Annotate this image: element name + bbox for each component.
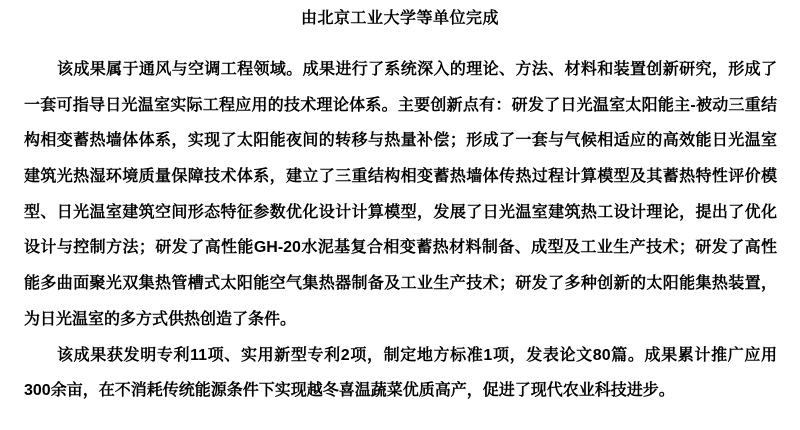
document-page: 由北京工业大学等单位完成 该成果属于通风与空调工程领域。成果进行了系统深入的理论… — [0, 0, 800, 430]
paragraph-1-line-8: 为日光温室的多方式供热创造了条件。 — [24, 302, 777, 338]
document-title: 由北京工业大学等单位完成 — [0, 0, 800, 29]
paragraph-2-line-2: 300余亩，在不消耗传统能源条件下实现越冬喜温蔬菜优质高产，促进了现代农业科技进… — [24, 373, 777, 409]
paragraph-1-line-2: 一套可指导日光温室实际工程应用的技术理论体系。主要创新点有：研发了日光温室太阳能… — [24, 88, 777, 124]
paragraph-1-line-6: 设计与控制方法；研发了高性能GH-20水泥基复合相变蓄热材料制备、成型及工业生产… — [24, 230, 777, 266]
paragraph-1-line-4: 建筑光热湿环境质量保障技术体系，建立了三重结构相变蓄热墙体传热过程计算模型及其蓄… — [24, 159, 777, 195]
paragraph-2-line-1: 该成果获发明专利11项、实用新型专利2项，制定地方标准1项，发表论文80篇。成果… — [24, 338, 777, 374]
paragraph-1-line-7: 能多曲面聚光双集热管槽式太阳能空气集热器制备及工业生产技术；研发了多种创新的太阳… — [24, 266, 777, 302]
paragraph-1-line-1: 该成果属于通风与空调工程领域。成果进行了系统深入的理论、方法、材料和装置创新研究… — [24, 52, 777, 88]
paragraph-1-line-3: 构相变蓄热墙体体系，实现了太阳能夜间的转移与热量补偿；形成了一套与气候相适应的高… — [24, 123, 777, 159]
paragraph-1-line-5: 型、日光温室建筑空间形态特征参数优化设计计算模型，发展了日光温室建筑热工设计理论… — [24, 195, 777, 231]
document-body: 该成果属于通风与空调工程领域。成果进行了系统深入的理论、方法、材料和装置创新研究… — [24, 52, 777, 409]
